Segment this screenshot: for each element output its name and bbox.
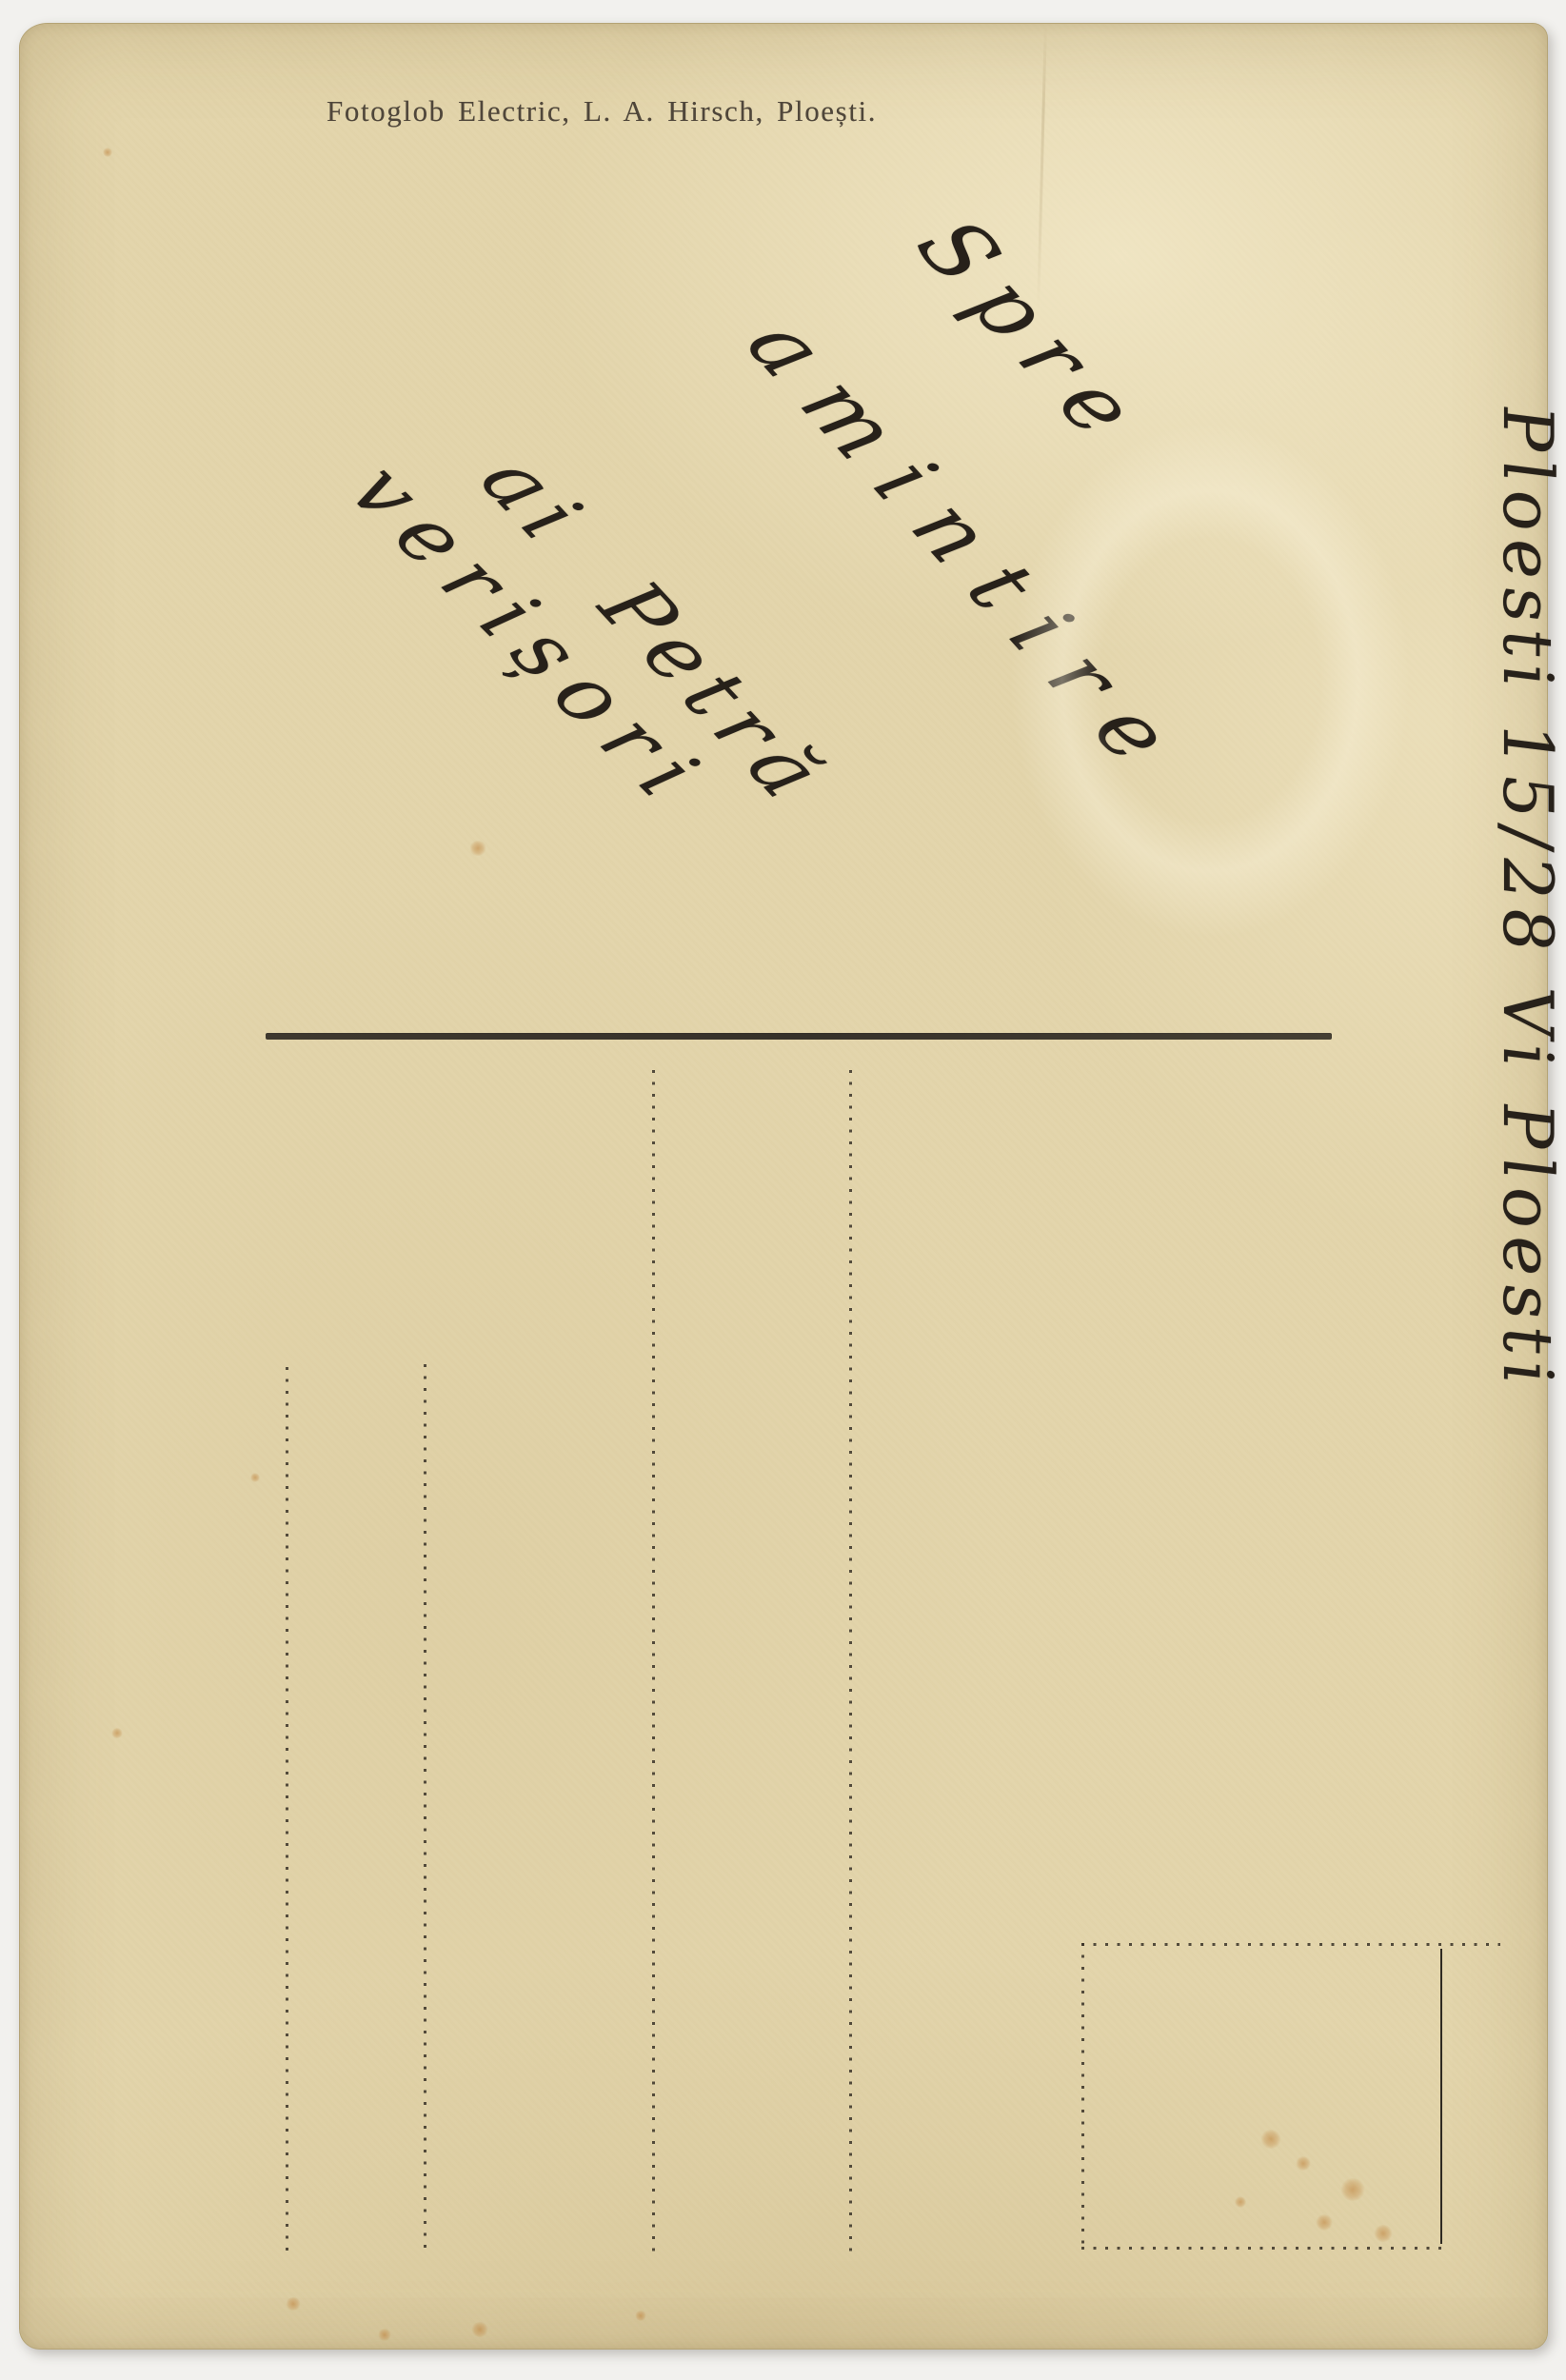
foxing-spot [1296,2156,1311,2171]
stamp-box-border-left [1081,1943,1084,2250]
foxing-spot [103,148,112,157]
foxing-spot [286,2297,301,2311]
address-dotted-line-3 [286,1367,288,2252]
stamp-box-border-bottom [1081,2247,1443,2250]
publisher-imprint: Fotoglob Electric, L. A. Hirsch, Ploești… [327,94,1279,129]
foxing-spot [1340,2178,1365,2201]
date-place-note: Ploesti 15/28 Vi Ploesti [1425,404,1566,1422]
address-divider [266,1033,1332,1040]
stamp-box-border-top [1081,1943,1500,1946]
foxing-spot [1260,2130,1281,2149]
postcard: Fotoglob Electric, L. A. Hirsch, Ploești… [19,23,1548,2350]
foxing-spot [471,2322,488,2337]
scan-background: Fotoglob Electric, L. A. Hirsch, Ploești… [0,0,1566,2380]
foxing-spot [111,1728,123,1738]
foxing-spot [1374,2225,1393,2242]
foxing-spot [635,2311,646,2321]
foxing-spot [1235,2196,1246,2208]
address-dotted-line-4 [424,1364,426,2252]
message-line-1: Spre [896,203,1170,466]
foxing-spot [378,2329,391,2341]
foxing-spot [250,1473,260,1482]
stamp-box-border-right [1440,1949,1442,2244]
stamp-box [1081,1943,1443,2250]
paper-sheen [1010,424,1410,938]
foxing-spot [469,841,486,856]
paper-crease [1037,24,1047,309]
address-dotted-line-1 [652,1070,655,2252]
foxing-spot [1316,2214,1333,2231]
address-dotted-line-2 [849,1070,852,2252]
